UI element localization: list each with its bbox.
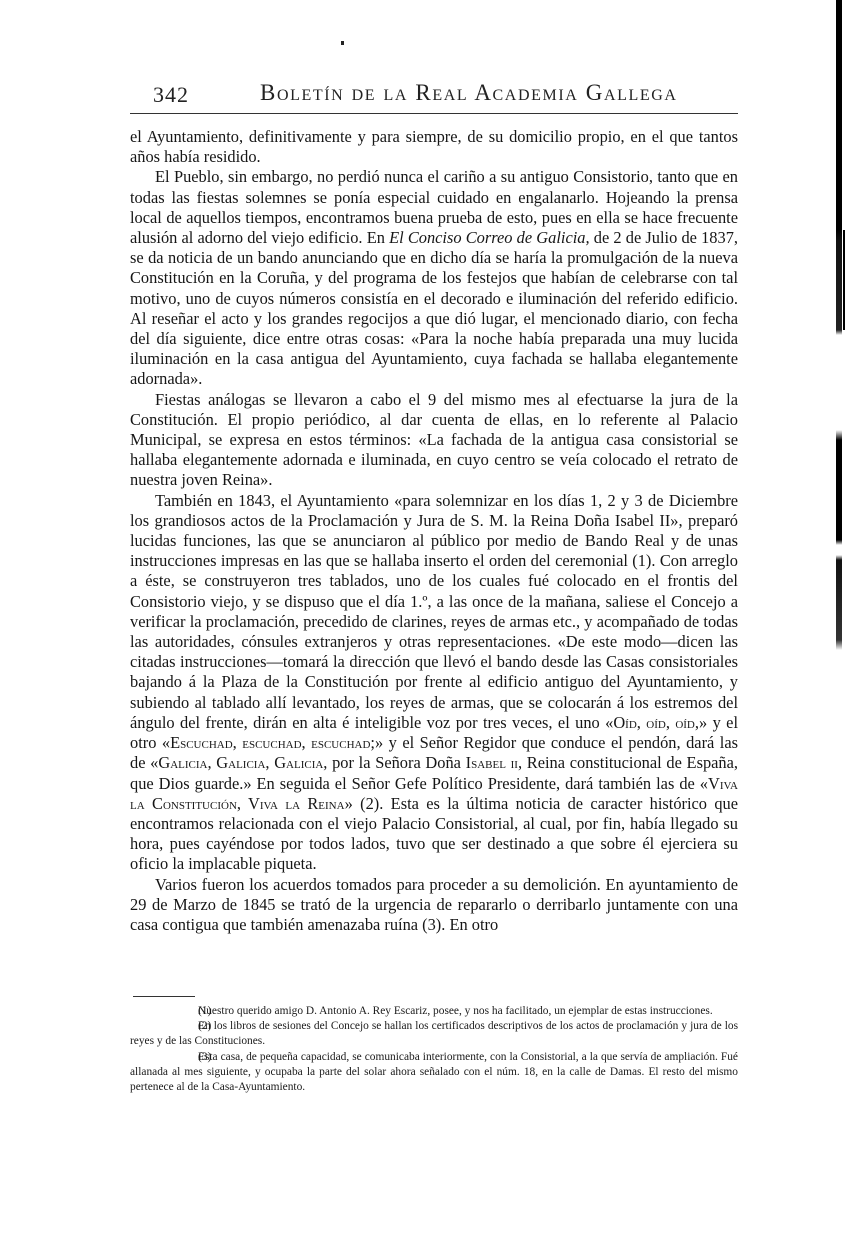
page-header: 342 Boletín de la Real Academia Gallega xyxy=(130,78,740,114)
body-paragraph: También en 1843, el Ayuntamiento «para s… xyxy=(130,491,738,875)
smallcaps-text: Escuchad, escuchad, escuchad; xyxy=(170,733,375,752)
footnote: (3)Esta casa, de pequeña capacidad, se c… xyxy=(130,1050,738,1096)
footnote-text: Nuestro querido amigo D. Antonio A. Rey … xyxy=(198,1005,713,1017)
scan-edge-shadow-detail xyxy=(843,230,845,330)
text-segment: de 2 de Julio de 1837, se da noticia de … xyxy=(130,228,738,388)
smallcaps-text: Oíd, oíd, oíd, xyxy=(613,713,699,732)
body-paragraph: El Pueblo, sin embargo, no perdió nunca … xyxy=(130,167,738,389)
footnote-mark: (2) xyxy=(164,1019,198,1034)
text-segment: Varios fueron los acuerdos tomados para … xyxy=(130,875,738,934)
footnote-mark: (1) xyxy=(164,1004,198,1019)
text-segment: el Ayuntamiento, definitivamente y para … xyxy=(130,127,738,166)
footnote: (1)Nuestro querido amigo D. Antonio A. R… xyxy=(130,1004,738,1019)
body-paragraph: el Ayuntamiento, definitivamente y para … xyxy=(130,127,738,167)
body-text: el Ayuntamiento, definitivamente y para … xyxy=(130,127,738,935)
footnote-text: En los libros de sesiones del Concejo se… xyxy=(130,1020,738,1047)
footnote: (2)En los libros de sesiones del Concejo… xyxy=(130,1019,738,1049)
footnote-mark: (3) xyxy=(164,1050,198,1065)
scan-edge-shadow xyxy=(836,0,842,1248)
footnote-rule xyxy=(133,996,195,997)
italic-title: El Conciso Correo de Galicia, xyxy=(389,228,589,247)
body-paragraph: Varios fueron los acuerdos tomados para … xyxy=(130,875,738,936)
body-paragraph: Fiestas análogas se llevaron a cabo el 9… xyxy=(130,390,738,491)
text-segment: También en 1843, el Ayuntamiento «para s… xyxy=(130,491,738,732)
smallcaps-text: Isabel ii, xyxy=(466,753,522,772)
header-rule xyxy=(130,113,738,114)
smallcaps-text: Galicia, Galicia, Galicia, xyxy=(158,753,327,772)
page-number: 342 xyxy=(153,82,189,108)
footnote-text: Esta casa, de pequeña capacidad, se comu… xyxy=(130,1051,738,1093)
text-segment: Fiestas análogas se llevaron a cabo el 9… xyxy=(130,390,738,490)
scan-speck xyxy=(341,41,344,45)
text-segment: por la Señora Doña xyxy=(327,753,465,772)
running-title: Boletín de la Real Academia Gallega xyxy=(260,80,678,106)
footnotes: (1)Nuestro querido amigo D. Antonio A. R… xyxy=(130,1004,738,1095)
